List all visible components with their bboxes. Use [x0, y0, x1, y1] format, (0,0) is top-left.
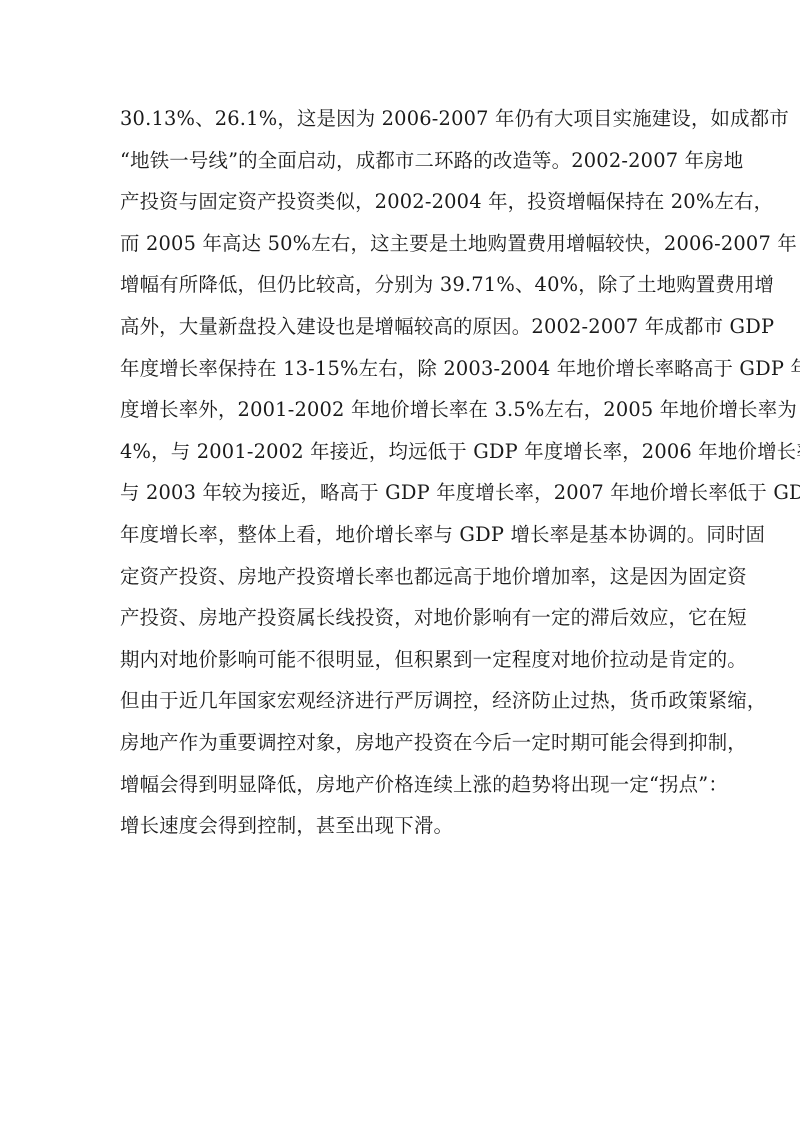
text-line: 4%，与 2001-2002 年接近，均远低于 GDP 年度增长率，2006 年…: [120, 431, 682, 473]
text-line: 年度增长率保持在 13-15%左右，除 2003-2004 年地价增长率略高于 …: [120, 348, 682, 390]
text-line: 30.13%、26.1%，这是因为 2006-2007 年仍有大项目实施建设，如…: [120, 98, 682, 140]
text-line: 但由于近几年国家宏观经济进行严厉调控，经济防止过热，货币政策紧缩，: [120, 680, 682, 722]
text-line: 期内对地价影响可能不很明显，但积累到一定程度对地价拉动是肯定的。: [120, 639, 682, 681]
text-line: 增长速度会得到控制，甚至出现下滑。: [120, 805, 682, 847]
text-line: 与 2003 年较为接近，略高于 GDP 年度增长率，2007 年地价增长率低于…: [120, 472, 682, 514]
text-line: 产投资、房地产投资属长线投资，对地价影响有一定的滞后效应，它在短: [120, 597, 682, 639]
body-paragraph: 30.13%、26.1%，这是因为 2006-2007 年仍有大项目实施建设，如…: [120, 98, 682, 847]
text-line: 而 2005 年高达 50%左右，这主要是土地购置费用增幅较快，2006-200…: [120, 223, 682, 265]
text-line: 房地产作为重要调控对象，房地产投资在今后一定时期可能会得到抑制，: [120, 722, 682, 764]
text-line: 年度增长率，整体上看，地价增长率与 GDP 增长率是基本协调的。同时固: [120, 514, 682, 556]
text-line: 度增长率外，2001-2002 年地价增长率在 3.5%左右，2005 年地价增…: [120, 389, 682, 431]
text-line: 增幅会得到明显降低，房地产价格连续上涨的趋势将出现一定“拐点”：: [120, 764, 682, 806]
text-line: 增幅有所降低，但仍比较高，分别为 39.71%、40%，除了土地购置费用增: [120, 264, 682, 306]
text-line: 定资产投资、房地产投资增长率也都远高于地价增加率，这是因为固定资: [120, 556, 682, 598]
text-line: “地铁一号线”的全面启动，成都市二环路的改造等。2002-2007 年房地: [120, 140, 682, 182]
document-page: 30.13%、26.1%，这是因为 2006-2007 年仍有大项目实施建设，如…: [0, 0, 800, 1131]
text-line: 高外，大量新盘投入建设也是增幅较高的原因。2002-2007 年成都市 GDP: [120, 306, 682, 348]
text-line: 产投资与固定资产投资类似，2002-2004 年，投资增幅保持在 20%左右，: [120, 181, 682, 223]
